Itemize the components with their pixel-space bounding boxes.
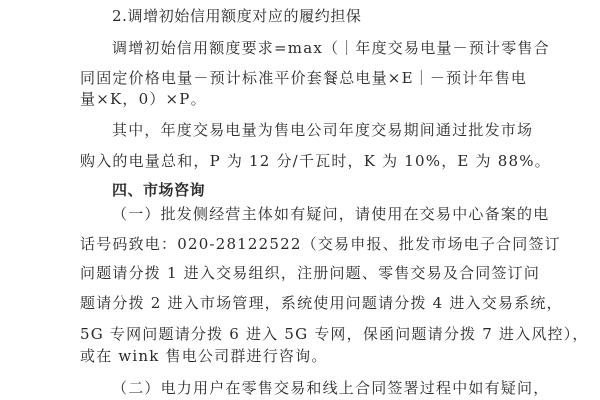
definition-paragraph-line: 其中，年度交易电量为售电公司年度交易期间通过批发市场 (112, 120, 548, 140)
subheading-performance-guarantee: 2.调增初始信用额度对应的履约担保 (112, 6, 548, 26)
section-heading-market-consultation: 四、市场咨询 (112, 180, 548, 200)
formula-line: 量×K，0）×P。 (80, 89, 548, 109)
formula-line: 同固定价格电量－预计标准平价套餐总电量×E｜－预计年售电 (80, 68, 548, 88)
item-one-paragraph-line: 5G 专网问题请分拨 6 进入 5G 专网，保函问题请分拨 7 进入风控）， (80, 324, 548, 344)
item-one-paragraph-line: 题请分拨 2 进入市场管理，系统使用问题请分拨 4 进入交易系统， (80, 293, 548, 313)
item-one-paragraph-line: 或在 wink 售电公司群进行咨询。 (80, 346, 548, 366)
formula-line: 调增初始信用额度要求=max（｜年度交易电量－预计零售合 (112, 38, 548, 58)
item-two-paragraph-line: （二）电力用户在零售交易和线上合同签署过程中如有疑问， (112, 378, 548, 398)
document-page: 2.调增初始信用额度对应的履约担保 调增初始信用额度要求=max（｜年度交易电量… (0, 0, 600, 400)
item-one-paragraph-line: 话号码致电：020-28122522（交易申报、批发市场电子合同签订 (80, 234, 548, 254)
definition-paragraph-line: 购入的电量总和，P 为 12 分/千瓦时，K 为 10%，E 为 88%。 (80, 151, 548, 171)
item-one-paragraph-line: （一）批发侧经营主体如有疑问，请使用在交易中心备案的电 (112, 204, 548, 224)
item-one-paragraph-line: 问题请分拨 1 进入交易组织，注册问题、零售交易及合同签订问 (80, 263, 548, 283)
